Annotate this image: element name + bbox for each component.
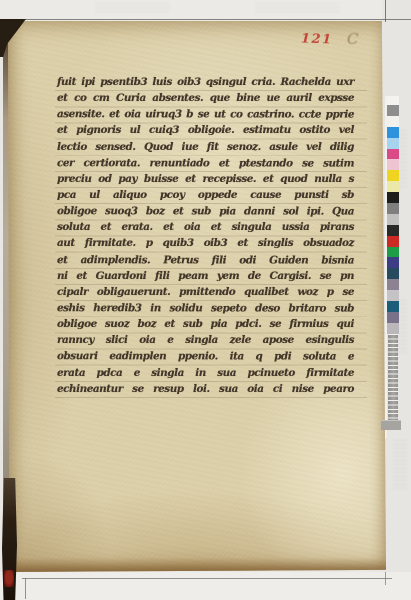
colorbar-ruler — [388, 334, 398, 420]
color-patch — [387, 192, 399, 203]
manuscript-line: et pignoris ul cuiq3 obligoie. estimatu … — [57, 122, 354, 138]
color-patch — [387, 301, 399, 312]
color-patch — [387, 116, 399, 127]
registration-mark-bottom-left — [25, 578, 26, 599]
manuscript-line: pca ul aliquo pcoy oppede cause punsti s… — [57, 187, 354, 203]
color-patch — [387, 312, 399, 323]
color-patch — [387, 181, 399, 192]
color-patch — [387, 279, 399, 290]
color-patch — [387, 127, 399, 138]
colorbar-patches — [387, 105, 399, 334]
color-patch — [387, 257, 399, 268]
color-patch — [387, 138, 399, 149]
color-patch — [387, 170, 399, 181]
manuscript-line: ranncy slici oia e singla zele apose esi… — [57, 332, 354, 348]
photo-margin-bottom — [0, 572, 411, 600]
manuscript-line: obligoe suoq3 boz et sub pia danni sol i… — [57, 203, 354, 220]
manuscript-line: asensite. et oia uiruq3 b se ut co castr… — [57, 106, 354, 123]
manuscript-photo: fuit ipi psentib3 luis oib3 qsingul cria… — [0, 0, 411, 600]
photo-margin-top — [0, 0, 411, 21]
color-patch — [387, 323, 399, 334]
manuscript-line: cer certiorata. renuntiado et ptestando … — [57, 155, 354, 172]
folio-number: 121 — [301, 31, 336, 47]
manuscript-line: preciu od pay buisse et recepisse. et qu… — [57, 171, 354, 187]
color-patch — [387, 214, 399, 225]
margin-smudge — [95, 3, 170, 15]
color-patch — [387, 105, 399, 116]
margin-smudge — [255, 3, 340, 15]
manuscript-line: eshis heredib3 in solidu sepeto deso bri… — [57, 300, 354, 317]
color-patch — [387, 225, 399, 236]
color-patch — [387, 268, 399, 279]
manuscript-line: et co cm Curia absentes. que bine ue aur… — [57, 90, 354, 106]
manuscript-line: erata pdca e singla in sua pcinueto firm… — [57, 364, 354, 380]
manuscript-line: obsuari eadimplen ppenio. ita q pdi solu… — [57, 348, 354, 365]
text-block: fuit ipi psentib3 luis oib3 qsingul cria… — [57, 74, 354, 397]
manuscript-line: soluta et erata. et oia et singula ussia… — [57, 219, 354, 235]
quire-mark: C — [347, 30, 358, 48]
color-patch — [387, 159, 399, 170]
color-patch — [387, 290, 399, 301]
manuscript-line: cipalr obligauerunt. pmittendo qualibet … — [57, 284, 354, 300]
manuscript-line: fuit ipi psentib3 luis oib3 qsingul cria… — [57, 74, 354, 90]
color-patch — [387, 236, 399, 247]
binding-clasp — [4, 570, 14, 587]
registration-line-top — [0, 19, 411, 20]
manuscript-line: obligoe suoz boz et sub pia pdci. se fir… — [57, 316, 354, 332]
color-calibration-bar — [385, 96, 399, 438]
registration-mark-top-right — [385, 0, 386, 22]
color-patch — [387, 203, 399, 214]
color-patch — [387, 247, 399, 258]
color-patch — [387, 149, 399, 160]
manuscript-line: echineantur se resup loi. sua oia ci nis… — [57, 381, 354, 397]
colorbar-ruler-foot — [381, 420, 401, 430]
registration-mark-bottom-right — [385, 572, 386, 585]
manuscript-line: et adimplendis. Petrus fili odi Guiden b… — [57, 252, 354, 269]
manuscript-line: aut firmitate. p quib3 oib3 et singlis o… — [57, 235, 354, 251]
margin-smudge — [393, 440, 407, 490]
manuscript-line: lectio sensed. Quod iue fit senoz. asule… — [57, 139, 354, 155]
manuscript-line: ni et Guardoni fili peam yem de Cargisi.… — [57, 267, 354, 283]
binding-bottom-left — [2, 478, 17, 600]
registration-line-bottom — [22, 578, 392, 579]
